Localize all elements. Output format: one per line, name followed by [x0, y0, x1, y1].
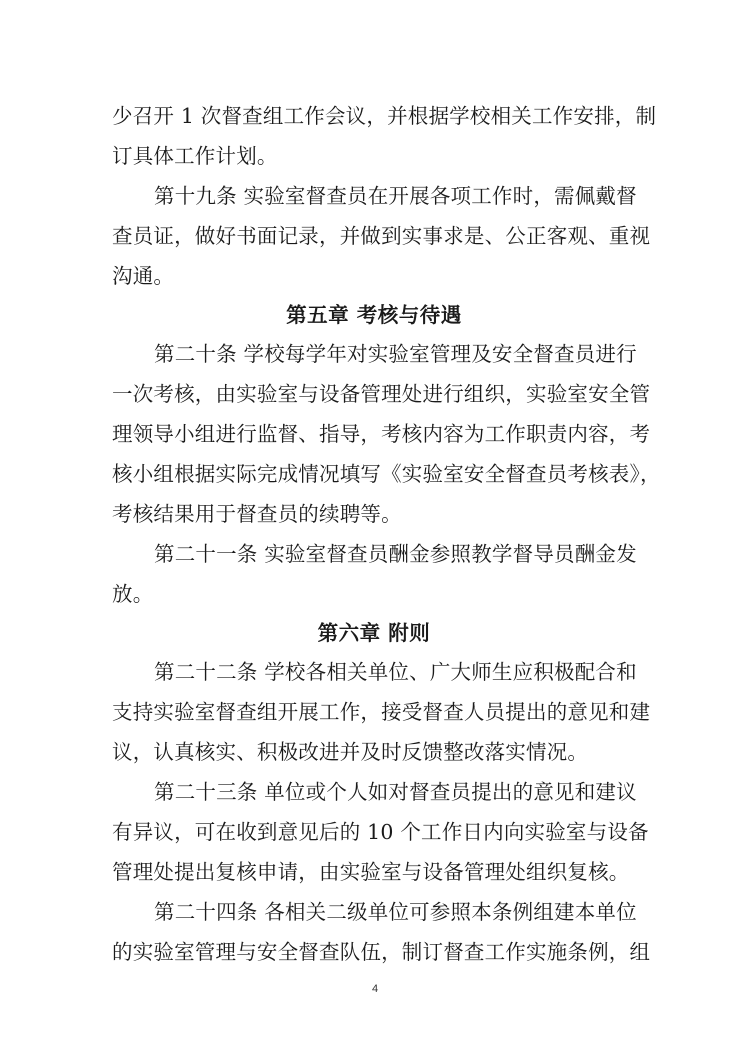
paragraph-line: 议，认真核实、积极改进并及时反馈整改落实情况。: [112, 732, 636, 772]
paragraph-line: 有异议，可在收到意见后的 10 个工作日内向实验室与设备: [112, 812, 636, 852]
paragraph-line: 放。: [112, 574, 636, 614]
article-24-line: 第二十四条 各相关二级单位可参照本条例组建本单位: [112, 892, 636, 932]
article-20-line: 第二十条 学校每学年对实验室管理及安全督查员进行: [112, 334, 636, 374]
paragraph-line: 理领导小组进行监督、指导，考核内容为工作职责内容，考: [112, 414, 636, 454]
chapter-5-heading: 第五章 考核与待遇: [112, 296, 636, 334]
paragraph-line: 订具体工作计划。: [112, 136, 636, 176]
article-22-line: 第二十二条 学校各相关单位、广大师生应积极配合和: [112, 652, 636, 692]
paragraph-line: 一次考核，由实验室与设备管理处进行组织，实验室安全管: [112, 374, 636, 414]
paragraph-line: 查员证，做好书面记录，并做到实事求是、公正客观、重视: [112, 216, 636, 256]
document-page: 少召开 1 次督查组工作会议，并根据学校相关工作安排，制 订具体工作计划。 第十…: [112, 96, 636, 972]
paragraph-line: 少召开 1 次督查组工作会议，并根据学校相关工作安排，制: [112, 96, 636, 136]
paragraph-line: 支持实验室督查组开展工作，接受督查人员提出的意见和建: [112, 692, 636, 732]
article-21-line: 第二十一条 实验室督查员酬金参照教学督导员酬金发: [112, 534, 636, 574]
paragraph-line: 沟通。: [112, 256, 636, 296]
paragraph-line: 考核结果用于督查员的续聘等。: [112, 494, 636, 534]
article-23-line: 第二十三条 单位或个人如对督查员提出的意见和建议: [112, 772, 636, 812]
paragraph-line: 核小组根据实际完成情况填写《实验室安全督查员考核表》，: [112, 454, 636, 494]
page-number: 4: [0, 983, 750, 995]
paragraph-line: 的实验室管理与安全督查队伍，制订督查工作实施条例，组: [112, 932, 636, 972]
paragraph-line: 管理处提出复核申请，由实验室与设备管理处组织复核。: [112, 852, 636, 892]
article-19-line: 第十九条 实验室督查员在开展各项工作时，需佩戴督: [112, 176, 636, 216]
chapter-6-heading: 第六章 附则: [112, 614, 636, 652]
